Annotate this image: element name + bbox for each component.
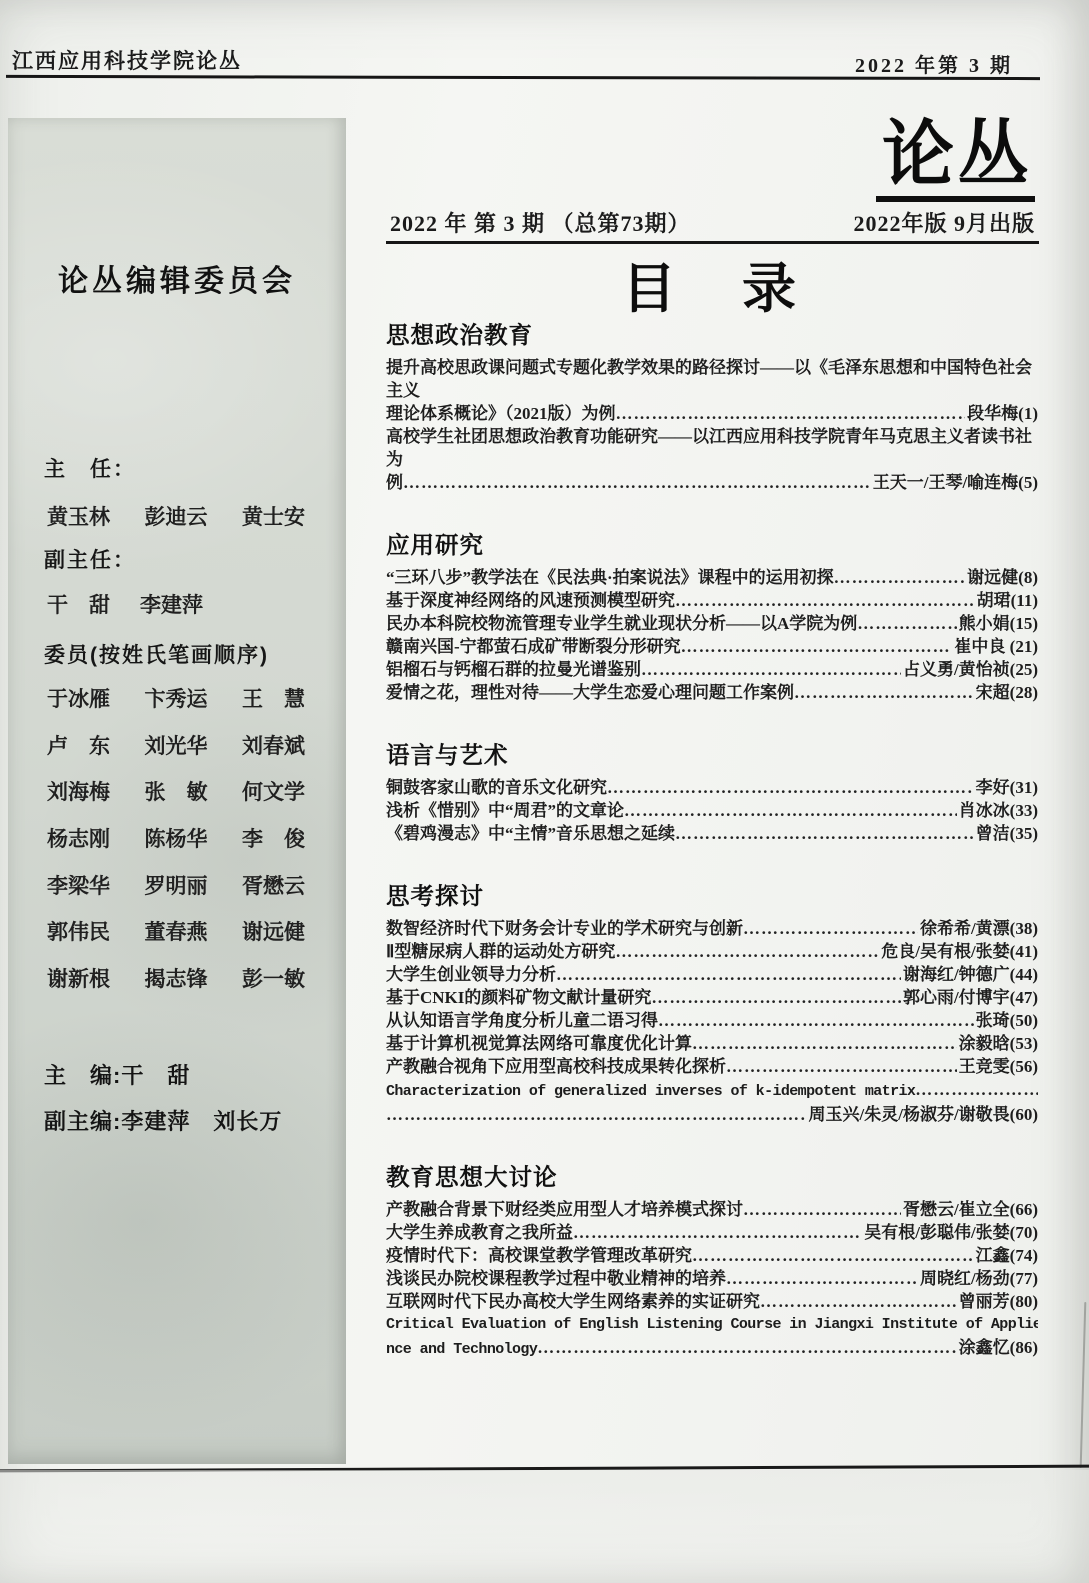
toc-item-title: 提升高校思政课问题式专题化教学效果的路径探讨——以《毛泽东思想和中国特色社会主义 (386, 356, 1038, 402)
toc-item-title: 大学生创业领导力分析 (386, 963, 556, 986)
toc-item-author-page: 危良/吴有根/张婪(41) (879, 940, 1038, 963)
toc-item-row: 基于深度神经网络的风速预测模型研究……………………………………………………………… (386, 589, 1038, 612)
board-member-row: 杨志刚陈杨华李 俊 (8, 815, 346, 862)
toc-section: 思考探讨数智经济时代下财务会计专业的学术研究与创新………………………………………… (386, 881, 1038, 1126)
toc-leader-dots: …………………………………………………………………………………………………………… (794, 681, 974, 704)
toc-item-author-page: 段华梅(1) (965, 402, 1038, 425)
toc-item-title: 数智经济时代下财务会计专业的学术研究与创新 (386, 917, 743, 940)
toc-leader-dots: …………………………………………………………………………………………………………… (624, 799, 957, 822)
board-member-name: 李建萍 (140, 589, 203, 619)
toc-item-title: 大学生养成教育之我所益 (386, 1221, 573, 1244)
toc-item-author-page: 曾洁(35) (974, 822, 1038, 845)
board-member-name: 黄士安 (242, 501, 308, 531)
toc-item-title: “三环八步”教学法在《民法典·拍案说法》课程中的运用初探 (386, 566, 834, 589)
toc-item-title: 民办本科院校物流管理专业学生就业现状分析——以A学院为例 (386, 612, 857, 635)
toc-item-author-page: 崔中良 (21) (952, 635, 1038, 658)
board-member-name: 卞秀运 (145, 683, 211, 713)
issue-row: 2022 年 第 3 期 （总第73期） 2022年版 9月出版 (390, 207, 1035, 238)
toc-item-author-page: 张琦(50) (974, 1009, 1038, 1032)
board-member-name: 李梁华 (47, 870, 113, 900)
toc-section: 语言与艺术铜鼓客家山歌的音乐文化研究…………………………………………………………… (386, 740, 1038, 845)
toc-item-author-page: 郭心雨/付博宇(47) (901, 986, 1038, 1009)
board-member-name: 刘春斌 (242, 730, 308, 760)
toc-item-row: 疫情时代下：高校课堂教学管理改革研究…………………………………………………………… (386, 1244, 1038, 1267)
board-member-name: 何文学 (242, 776, 308, 806)
toc-section-heading: 语言与艺术 (386, 740, 1038, 770)
toc-item-row: 赣南兴国-宁都萤石成矿带断裂分形研究…………………………………………………………… (386, 635, 1038, 658)
toc-item-row: 基于CNKI的颜料矿物文献计量研究……………………………………………………………… (386, 986, 1038, 1009)
table-of-contents: 思想政治教育提升高校思政课问题式专题化教学效果的路径探讨——以《毛泽东思想和中国… (386, 320, 1038, 1397)
toc-item-row: …………………………………………………………………………………………………………… (386, 1103, 1038, 1126)
toc-leader-dots: …………………………………………………………………………………………………………… (651, 986, 901, 1009)
board-member-name: 卢 东 (47, 730, 113, 760)
board-member-name: 于冰雁 (47, 683, 113, 713)
board-member-name: 陈杨华 (145, 823, 211, 853)
toc-leader-dots: …………………………………………………………………………………………………………… (573, 1221, 862, 1244)
toc-item-author-page: 胥懋云/崔立全(66) (901, 1198, 1038, 1221)
director-label: 主 任： (44, 453, 136, 483)
toc-item-title: 例 (386, 471, 403, 494)
toc-leader-dots: …………………………………………………………………………………………………………… (760, 1290, 957, 1313)
toc-item-title: 《碧鸡漫志》中“主情”音乐思想之延续 (386, 822, 675, 845)
toc-item-row: 例………………………………………………………………………………………………………… (386, 471, 1038, 494)
toc-item-row: 《碧鸡漫志》中“主情”音乐思想之延续…………………………………………………………… (386, 822, 1038, 845)
toc-item-row: 铝榴石与钙榴石群的拉曼光谱鉴别…………………………………………………………………… (386, 658, 1038, 681)
toc-item-author-page: 占义勇/黄怡祯(25) (901, 658, 1038, 681)
board-member-name: 张 敏 (145, 776, 211, 806)
toc-leader-dots: …………………………………………………………………………………………………………… (692, 1032, 957, 1055)
board-member-name: 黄玉林 (47, 501, 113, 531)
toc-item-author-page: 肖冰冰(33) (957, 799, 1038, 822)
running-head-issue: 2022 年第 3 期 (855, 49, 1013, 78)
toc-item-row: 大学生创业领导力分析………………………………………………………………………………… (386, 963, 1038, 986)
editorial-board-panel: 论丛编辑委员会 主 任： 黄玉林彭迪云黄士安 副主任： 干 甜李建萍 委员(按姓… (8, 118, 346, 1464)
toc-item-title: 基于深度神经网络的风速预测模型研究 (386, 589, 675, 612)
toc-item-author-page: 周玉兴/朱灵/杨淑芬/谢敬畏(60) (807, 1103, 1039, 1126)
toc-item-author-page: 宋超(28) (974, 681, 1038, 704)
toc-leader-dots: …………………………………………………………………………………………………………… (692, 1244, 974, 1267)
toc-item-row: nce and Technology…………………………………………………………… (386, 1336, 1038, 1361)
toc-leader-dots: …………………………………………………………………………………………………………… (615, 940, 879, 963)
toc-section: 应用研究“三环八步”教学法在《民法典·拍案说法》课程中的运用初探……………………… (386, 530, 1038, 704)
toc-item-title: 疫情时代下：高校课堂教学管理改革研究 (386, 1244, 692, 1267)
toc-item-row: 浅谈民办院校课程教学过程中敬业精神的培养……………………………………………………… (386, 1267, 1038, 1290)
toc-item-title: nce and Technology (386, 1338, 537, 1361)
toc-item-title: 浅谈民办院校课程教学过程中敬业精神的培养 (386, 1267, 726, 1290)
toc-leader-dots: …………………………………………………………………………………………………………… (726, 1267, 918, 1290)
toc-item-row: 基于计算机视觉算法网络可靠度优化计算…………………………………………………………… (386, 1032, 1038, 1055)
toc-item-title: 基于CNKI的颜料矿物文献计量研究 (386, 986, 651, 1009)
toc-item-author-page: 曾丽芳(80) (957, 1290, 1038, 1313)
toc-title: 目 录 (386, 246, 1038, 323)
toc-section: 教育思想大讨论产教融合背景下财经类应用型人才培养模式探讨………………………………… (386, 1162, 1038, 1361)
toc-section-heading: 思考探讨 (386, 881, 1038, 911)
toc-item-title: 互联网时代下民办高校大学生网络素养的实证研究 (386, 1290, 760, 1313)
toc-item-row: 民办本科院校物流管理专业学生就业现状分析——以A学院为例………………………………… (386, 612, 1038, 635)
toc-section-heading: 应用研究 (386, 530, 1038, 560)
toc-item-author-page: 吴有根/彭聪伟/张婪(70) (862, 1221, 1038, 1244)
toc-item-title: 产教融合视角下应用型高校科技成果转化探析 (386, 1055, 726, 1078)
board-member-row: 郭伟民董春燕谢远健 (8, 908, 346, 955)
toc-item-row: 产教融合背景下财经类应用型人才培养模式探讨…………………………………………………… (386, 1198, 1038, 1221)
toc-item-title: 理论体系概论》（2021版）为例 (386, 402, 616, 425)
toc-leader-dots: …………………………………………………………………………………………………………… (743, 917, 918, 940)
toc-item-author-page: 王竞雯(56) (957, 1055, 1038, 1078)
toc-leader-dots: …………………………………………………………………………………………………………… (675, 589, 975, 612)
toc-leader-dots: …………………………………………………………………………………………………………… (641, 658, 901, 681)
board-member-name: 谢远健 (242, 916, 308, 946)
board-member-name: 谢新根 (47, 963, 113, 993)
toc-item-row: 浅析《惜别》中“周君”的文章论…………………………………………………………………… (386, 799, 1038, 822)
toc-item-title: 铜鼓客家山歌的音乐文化研究 (386, 776, 607, 799)
chief-editor-line: 主 编:干 甜 (44, 1059, 190, 1090)
toc-leader-dots: …………………………………………………………………………………………………………… (915, 1078, 1038, 1101)
toc-leader-dots: …………………………………………………………………………………………………………… (658, 1009, 974, 1032)
toc-item-author-page: 涂毅晗(53) (957, 1032, 1038, 1055)
toc-leader-dots: …………………………………………………………………………………………………………… (834, 566, 966, 589)
scanned-journal-page: 江西应用科技学院论丛 2022 年第 3 期 论丛编辑委员会 主 任： 黄玉林彭… (0, 0, 1089, 1583)
toc-item-row: “三环八步”教学法在《民法典·拍案说法》课程中的运用初探………………………………… (386, 566, 1038, 589)
toc-item-author-page: 王天一/王琴/喻连梅(5) (871, 471, 1038, 494)
toc-item-row: Characterization of generalized inverses… (386, 1078, 1038, 1103)
toc-leader-dots: …………………………………………………………………………………………………………… (681, 635, 953, 658)
deputy-editor-line: 副主编:李建萍 刘长万 (44, 1105, 282, 1136)
board-member-name: 刘海梅 (47, 776, 113, 806)
toc-item-title: 爱情之花，理性对待——大学生恋爱心理问题工作案例 (386, 681, 794, 704)
toc-item-title: 从认知语言学角度分析儿童二语习得 (386, 1009, 658, 1032)
toc-item-author-page: 谢远健(8) (965, 566, 1038, 589)
directors-row: 黄玉林彭迪云黄士安 (8, 501, 346, 531)
deputy-directors-row: 干 甜李建萍 (47, 589, 203, 619)
board-member-row: 谢新根揭志锋彭一敏 (8, 955, 346, 1002)
board-member-name: 彭一敏 (242, 963, 308, 993)
toc-section-heading: 教育思想大讨论 (386, 1162, 1038, 1192)
members-list: 于冰雁卞秀运王 慧卢 东刘光华刘春斌刘海梅张 敏何文学杨志刚陈杨华李 俊李梁华罗… (8, 675, 346, 1001)
toc-item-title: 产教融合背景下财经类应用型人才培养模式探讨 (386, 1198, 743, 1221)
toc-item-author-page: 胡珺(11) (975, 589, 1038, 612)
publish-date: 2022年版 9月出版 (853, 207, 1035, 238)
board-member-row: 卢 东刘光华刘春斌 (8, 722, 346, 769)
toc-leader-dots: …………………………………………………………………………………………………………… (675, 822, 974, 845)
toc-item-title: Critical Evaluation of English Listening… (386, 1313, 1038, 1336)
board-member-name: 董春燕 (145, 916, 211, 946)
toc-item-title: Ⅱ型糖尿病人群的运动处方研究 (386, 940, 615, 963)
board-member-name: 干 甜 (47, 589, 110, 619)
toc-item-row: 产教融合视角下应用型高校科技成果转化探析……………………………………………………… (386, 1055, 1038, 1078)
running-head-journal-name: 江西应用科技学院论丛 (12, 45, 242, 75)
issue-number: 2022 年 第 3 期 （总第73期） (390, 207, 691, 238)
page-curl-line (1080, 1302, 1087, 1468)
board-member-name: 彭迪云 (145, 501, 211, 531)
toc-item-row: 大学生养成教育之我所益……………………………………………………………………………… (386, 1221, 1038, 1244)
toc-item-title: 铝榴石与钙榴石群的拉曼光谱鉴别 (386, 658, 641, 681)
toc-section-heading: 思想政治教育 (386, 320, 1038, 350)
board-member-name: 王 慧 (242, 683, 308, 713)
board-member-name: 揭志锋 (145, 963, 211, 993)
board-member-row: 刘海梅张 敏何文学 (8, 768, 346, 815)
toc-item-author-page: 涂鑫忆(86) (957, 1336, 1038, 1359)
members-label: 委员(按姓氏笔画顺序) (44, 639, 269, 669)
toc-leader-dots: …………………………………………………………………………………………………………… (857, 612, 956, 635)
toc-section: 思想政治教育提升高校思政课问题式专题化教学效果的路径探讨——以《毛泽东思想和中国… (386, 320, 1038, 494)
journal-title: 论丛 (876, 118, 1035, 202)
toc-leader-dots: …………………………………………………………………………………………………………… (386, 1103, 807, 1126)
board-member-name: 刘光华 (145, 730, 211, 760)
toc-leader-dots: …………………………………………………………………………………………………………… (726, 1055, 957, 1078)
board-member-name: 李 俊 (242, 823, 308, 853)
deputy-director-label: 副主任： (44, 544, 136, 574)
toc-item-row: Critical Evaluation of English Listening… (386, 1313, 1038, 1336)
board-member-name: 罗明丽 (145, 870, 211, 900)
board-member-name: 杨志刚 (47, 823, 113, 853)
toc-leader-dots: …………………………………………………………………………………………………………… (607, 776, 974, 799)
board-member-row: 于冰雁卞秀运王 慧 (8, 675, 346, 722)
toc-item-title: 高校学生社团思想政治教育功能研究——以江西应用科技学院青年马克思主义者读书社为 (386, 425, 1038, 471)
toc-item-author-page: 熊小娟(15) (957, 612, 1038, 635)
toc-item-author-page: 李好(31) (974, 776, 1038, 799)
board-member-name: 郭伟民 (47, 916, 113, 946)
toc-item-row: 从认知语言学角度分析儿童二语习得………………………………………………………………… (386, 1009, 1038, 1032)
board-member-row: 李梁华罗明丽胥懋云 (8, 861, 346, 908)
toc-item-row: Ⅱ型糖尿病人群的运动处方研究……………………………………………………………………… (386, 940, 1038, 963)
toc-item-author-page: 谢海红/钟德广(44) (901, 963, 1038, 986)
toc-item-row: 铜鼓客家山歌的音乐文化研究………………………………………………………………………… (386, 776, 1038, 799)
toc-item-row: 数智经济时代下财务会计专业的学术研究与创新…………………………………………………… (386, 917, 1038, 940)
toc-item-row: 理论体系概论》（2021版）为例………………………………………………………………… (386, 402, 1038, 425)
toc-leader-dots: …………………………………………………………………………………………………………… (743, 1198, 901, 1221)
toc-leader-dots: …………………………………………………………………………………………………………… (403, 471, 871, 494)
toc-item-author-page: 江鑫(74) (974, 1244, 1038, 1267)
masthead-rule (386, 241, 1039, 244)
toc-item-title: Characterization of generalized inverses… (386, 1080, 915, 1103)
toc-item-title: 基于计算机视觉算法网络可靠度优化计算 (386, 1032, 692, 1055)
board-member-name: 胥懋云 (242, 870, 308, 900)
toc-item-title: 赣南兴国-宁都萤石成矿带断裂分形研究 (386, 635, 681, 658)
toc-leader-dots: …………………………………………………………………………………………………………… (556, 963, 901, 986)
toc-item-row: 爱情之花，理性对待——大学生恋爱心理问题工作案例…………………………………………… (386, 681, 1038, 704)
toc-item-title: 浅析《惜别》中“周君”的文章论 (386, 799, 624, 822)
editorial-board-title: 论丛编辑委员会 (8, 256, 346, 300)
toc-item-author-page: 徐希希/黄漂(38) (918, 917, 1038, 940)
toc-leader-dots: …………………………………………………………………………………………………………… (616, 402, 966, 425)
toc-item-row: 提升高校思政课问题式专题化教学效果的路径探讨——以《毛泽东思想和中国特色社会主义 (386, 356, 1038, 402)
toc-item-author-page: 周晓红/杨劲(77) (918, 1267, 1038, 1290)
toc-item-row: 互联网时代下民办高校大学生网络素养的实证研究………………………………………………… (386, 1290, 1038, 1313)
toc-item-row: 高校学生社团思想政治教育功能研究——以江西应用科技学院青年马克思主义者读书社为 (386, 425, 1038, 471)
page-bottom-margin (0, 1470, 1089, 1583)
toc-leader-dots: …………………………………………………………………………………………………………… (537, 1336, 956, 1359)
